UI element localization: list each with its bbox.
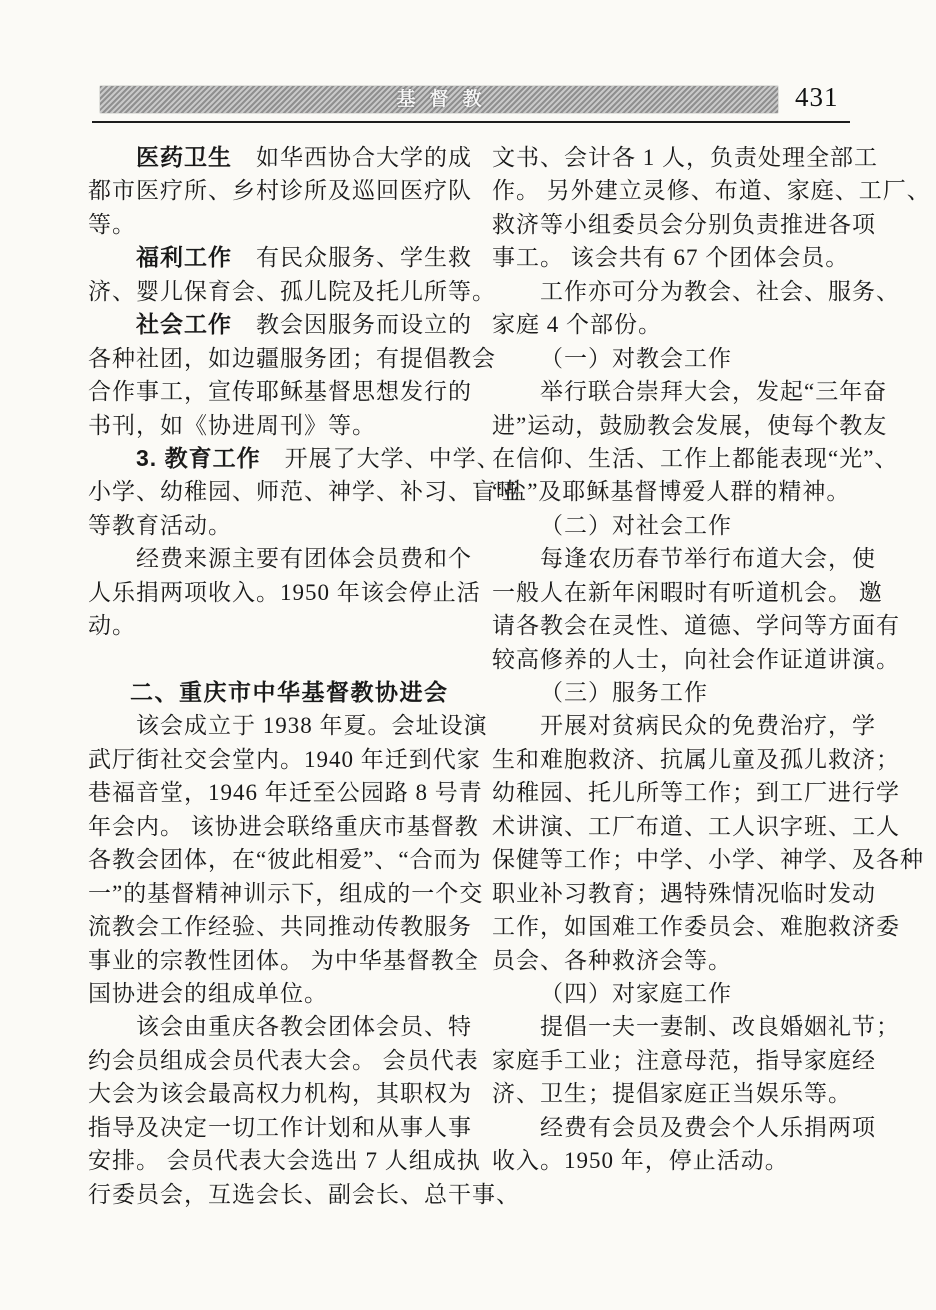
text-line: （三）服务工作: [492, 676, 876, 709]
line-text: 工作亦可分为教会、社会、服务、: [540, 279, 900, 304]
line-text: 如华西协合大学的成: [232, 145, 472, 170]
text-line: 一”的基督精神训示下，组成的一个交: [88, 877, 472, 910]
line-text: 文书、会计各 1 人，负责处理全部工: [492, 145, 878, 170]
line-text: 家庭 4 个部份。: [492, 312, 662, 337]
line-text: 二、重庆市中华基督教协进会: [130, 679, 449, 705]
line-text: 员会、各种救济会等。: [492, 948, 732, 973]
line-text: 大会为该会最高权力机构，其职权为: [88, 1081, 472, 1106]
line-text: 职业补习教育；遇特殊情况临时发动: [492, 881, 876, 906]
text-line: 生和难胞救济、抗属儿童及孤儿救济；: [492, 743, 876, 776]
text-line: 在信仰、生活、工作上都能表现“光”、: [492, 442, 876, 475]
text-line: 武厅街社交会堂内。1940 年迁到代家: [88, 743, 472, 776]
line-text: 等。: [88, 212, 136, 237]
text-line: 年会内。 该协进会联络重庆市基督教: [88, 810, 472, 843]
text-line: 救济等小组委员会分别负责推进各项: [492, 208, 876, 241]
line-text: 合作事工，宣传耶稣基督思想发行的: [88, 379, 472, 404]
line-text: 救济等小组委员会分别负责推进各项: [492, 212, 876, 237]
line-text: “盐”及耶稣基督博爱人群的精神。: [492, 479, 850, 504]
line-text: 工作，如国难工作委员会、难胞救济委: [492, 914, 900, 939]
line-text: 开展了大学、中学、: [261, 446, 501, 471]
running-header-band: 基督教: [100, 86, 778, 113]
line-text: （三）服务工作: [540, 680, 708, 705]
line-text: （二）对社会工作: [540, 513, 732, 538]
line-text: 一般人在新年闲暇时有听道机会。 邀: [492, 580, 883, 605]
text-line: 开展对贫病民众的免费治疗，学: [492, 709, 876, 742]
line-text: 经费来源主要有团体会员费和个: [136, 546, 472, 571]
line-text: 开展对贫病民众的免费治疗，学: [540, 713, 876, 738]
text-line: （一）对教会工作: [492, 342, 876, 375]
text-line: （四）对家庭工作: [492, 977, 876, 1010]
line-text: 武厅街社交会堂内。1940 年迁到代家: [88, 747, 481, 772]
text-line: 福利工作 有民众服务、学生救: [88, 241, 472, 274]
line-text: 小学、幼稚园、师范、神学、补习、盲哑: [88, 479, 520, 504]
text-line: 国协进会的组成单位。: [88, 977, 472, 1010]
line-text: （四）对家庭工作: [540, 981, 732, 1006]
line-text: 保健等工作；中学、小学、神学、及各种: [492, 847, 924, 872]
line-text: 请各教会在灵性、道德、学问等方面有: [492, 613, 900, 638]
line-text: 较高修养的人士，向社会作证道讲演。: [492, 647, 900, 672]
text-line: 巷福音堂，1946 年迁至公园路 8 号青: [88, 776, 472, 809]
text-line: 作。 另外建立灵修、布道、家庭、工厂、: [492, 174, 876, 207]
line-text: 作。 另外建立灵修、布道、家庭、工厂、: [492, 178, 931, 203]
text-line: 家庭手工业；注意母范，指导家庭经: [492, 1044, 876, 1077]
line-text: 术讲演、工厂布道、工人识字班、工人: [492, 814, 900, 839]
line-text: 约会员组成会员代表大会。 会员代表: [88, 1048, 479, 1073]
text-line: 指导及决定一切工作计划和从事人事: [88, 1111, 472, 1144]
text-line: 小学、幼稚园、师范、神学、补习、盲哑: [88, 475, 472, 508]
text-line: 安排。 会员代表大会选出 7 人组成执: [88, 1144, 472, 1177]
text-line: 工作，如国难工作委员会、难胞救济委: [492, 910, 876, 943]
text-line: 各种社团，如边疆服务团；有提倡教会: [88, 342, 472, 375]
text-line: 该会由重庆各教会团体会员、特: [88, 1010, 472, 1043]
line-text: 该会成立于 1938 年夏。会址设演: [136, 713, 488, 738]
bold-run-in-heading: 社会工作: [136, 311, 232, 337]
text-line: 经费有会员及费会个人乐捐两项: [492, 1111, 876, 1144]
line-text: 生和难胞救济、抗属儿童及孤儿救济；: [492, 747, 900, 772]
text-line: 工作亦可分为教会、社会、服务、: [492, 275, 876, 308]
line-text: 等教育活动。: [88, 513, 232, 538]
text-line: 济、卫生；提倡家庭正当娱乐等。: [492, 1077, 876, 1110]
text-line: 人乐捐两项收入。1950 年该会停止活: [88, 576, 472, 609]
line-text: 举行联合崇拜大会，发起“三年奋: [540, 379, 887, 404]
text-line: 家庭 4 个部份。: [492, 308, 876, 341]
line-text: 幼稚园、托儿所等工作；到工厂进行学: [492, 780, 900, 805]
text-line: 合作事工，宣传耶稣基督思想发行的: [88, 375, 472, 408]
text-line: 收入。1950 年，停止活动。: [492, 1144, 876, 1177]
text-line: 二、重庆市中华基督教协进会: [88, 676, 472, 709]
text-line: 等教育活动。: [88, 509, 472, 542]
line-text: 指导及决定一切工作计划和从事人事: [88, 1115, 472, 1140]
text-line: 该会成立于 1938 年夏。会址设演: [88, 709, 472, 742]
text-line: “盐”及耶稣基督博爱人群的精神。: [492, 475, 876, 508]
line-text: 经费有会员及费会个人乐捐两项: [540, 1115, 876, 1140]
text-line: 流教会工作经验、共同推动传教服务: [88, 910, 472, 943]
line-text: 收入。1950 年，停止活动。: [492, 1148, 789, 1173]
line-text: 流教会工作经验、共同推动传教服务: [88, 914, 472, 939]
text-line: 每逢农历春节举行布道大会，使: [492, 542, 876, 575]
line-text: 安排。 会员代表大会选出 7 人组成执: [88, 1148, 481, 1173]
running-title: 基督教: [396, 89, 495, 110]
text-line: 动。: [88, 609, 472, 642]
text-line: 大会为该会最高权力机构，其职权为: [88, 1077, 472, 1110]
line-text: 年会内。 该协进会联络重庆市基督教: [88, 814, 479, 839]
text-line: 书刊，如《协进周刊》等。: [88, 409, 472, 442]
text-line: 济、婴儿保育会、孤儿院及托儿所等。: [88, 275, 472, 308]
line-text: 人乐捐两项收入。1950 年该会停止活: [88, 580, 481, 605]
right-column: 文书、会计各 1 人，负责处理全部工作。 另外建立灵修、布道、家庭、工厂、救济等…: [492, 141, 876, 1178]
text-line: （二）对社会工作: [492, 509, 876, 542]
left-column: 医药卫生 如华西协合大学的成都市医疗所、乡村诊所及巡回医疗队等。福利工作 有民众…: [88, 141, 472, 1211]
text-line: 经费来源主要有团体会员费和个: [88, 542, 472, 575]
text-line: 医药卫生 如华西协合大学的成: [88, 141, 472, 174]
line-text: 都市医疗所、乡村诊所及巡回医疗队: [88, 178, 472, 203]
line-text: 提倡一夫一妻制、改良婚姻礼节；: [540, 1014, 900, 1039]
line-text: 一”的基督精神训示下，组成的一个交: [88, 881, 483, 906]
text-line: 各教会团体，在“彼此相爱”、“合而为: [88, 843, 472, 876]
text-line: 文书、会计各 1 人，负责处理全部工: [492, 141, 876, 174]
scanned-book-page: 基督教 431 医药卫生 如华西协合大学的成都市医疗所、乡村诊所及巡回医疗队等。…: [0, 0, 936, 1310]
text-line: [88, 643, 472, 676]
text-line: 一般人在新年闲暇时有听道机会。 邀: [492, 576, 876, 609]
text-line: 职业补习教育；遇特殊情况临时发动: [492, 877, 876, 910]
text-line: 请各教会在灵性、道德、学问等方面有: [492, 609, 876, 642]
line-text: （一）对教会工作: [540, 346, 732, 371]
line-text: 各种社团，如边疆服务团；有提倡教会: [88, 346, 496, 371]
header-rule: [92, 121, 850, 123]
line-text: 该会由重庆各教会团体会员、特: [136, 1014, 472, 1039]
text-line: 事工。 该会共有 67 个团体会员。: [492, 241, 876, 274]
text-line: 都市医疗所、乡村诊所及巡回医疗队: [88, 174, 472, 207]
bold-run-in-heading: 3. 教育工作: [136, 445, 261, 471]
line-text: 行委员会，互选会长、副会长、总干事、: [88, 1182, 520, 1207]
text-line: 幼稚园、托儿所等工作；到工厂进行学: [492, 776, 876, 809]
line-text: 巷福音堂，1946 年迁至公园路 8 号青: [88, 780, 483, 805]
text-line: 举行联合崇拜大会，发起“三年奋: [492, 375, 876, 408]
line-text: 每逢农历春节举行布道大会，使: [540, 546, 876, 571]
line-text: 国协进会的组成单位。: [88, 981, 328, 1006]
text-line: 保健等工作；中学、小学、神学、及各种: [492, 843, 876, 876]
line-text: 有民众服务、学生救: [232, 245, 472, 270]
text-line: 3. 教育工作 开展了大学、中学、: [88, 442, 472, 475]
text-line: 进”运动，鼓励教会发展，使每个教友: [492, 409, 876, 442]
line-text: 动。: [88, 613, 136, 638]
text-line: 员会、各种救济会等。: [492, 944, 876, 977]
line-text: 各教会团体，在“彼此相爱”、“合而为: [88, 847, 482, 872]
text-line: 提倡一夫一妻制、改良婚姻礼节；: [492, 1010, 876, 1043]
line-text: 事业的宗教性团体。 为中华基督教全: [88, 948, 479, 973]
text-line: 较高修养的人士，向社会作证道讲演。: [492, 643, 876, 676]
page-number: 431: [795, 82, 855, 112]
text-line: 等。: [88, 208, 472, 241]
text-line: 行委员会，互选会长、副会长、总干事、: [88, 1178, 472, 1211]
line-text: 济、卫生；提倡家庭正当娱乐等。: [492, 1081, 852, 1106]
line-text: 书刊，如《协进周刊》等。: [88, 413, 376, 438]
text-line: 约会员组成会员代表大会。 会员代表: [88, 1044, 472, 1077]
text-line: 术讲演、工厂布道、工人识字班、工人: [492, 810, 876, 843]
line-text: 进”运动，鼓励教会发展，使每个教友: [492, 413, 887, 438]
bold-run-in-heading: 福利工作: [136, 244, 232, 270]
line-text: 教会因服务而设立的: [232, 312, 472, 337]
text-line: 社会工作 教会因服务而设立的: [88, 308, 472, 341]
bold-run-in-heading: 医药卫生: [136, 144, 232, 170]
line-text: 家庭手工业；注意母范，指导家庭经: [492, 1048, 876, 1073]
line-text: 事工。 该会共有 67 个团体会员。: [492, 245, 849, 270]
line-text: 济、婴儿保育会、孤儿院及托儿所等。: [88, 279, 496, 304]
text-line: 事业的宗教性团体。 为中华基督教全: [88, 944, 472, 977]
line-text: 在信仰、生活、工作上都能表现“光”、: [492, 446, 898, 471]
